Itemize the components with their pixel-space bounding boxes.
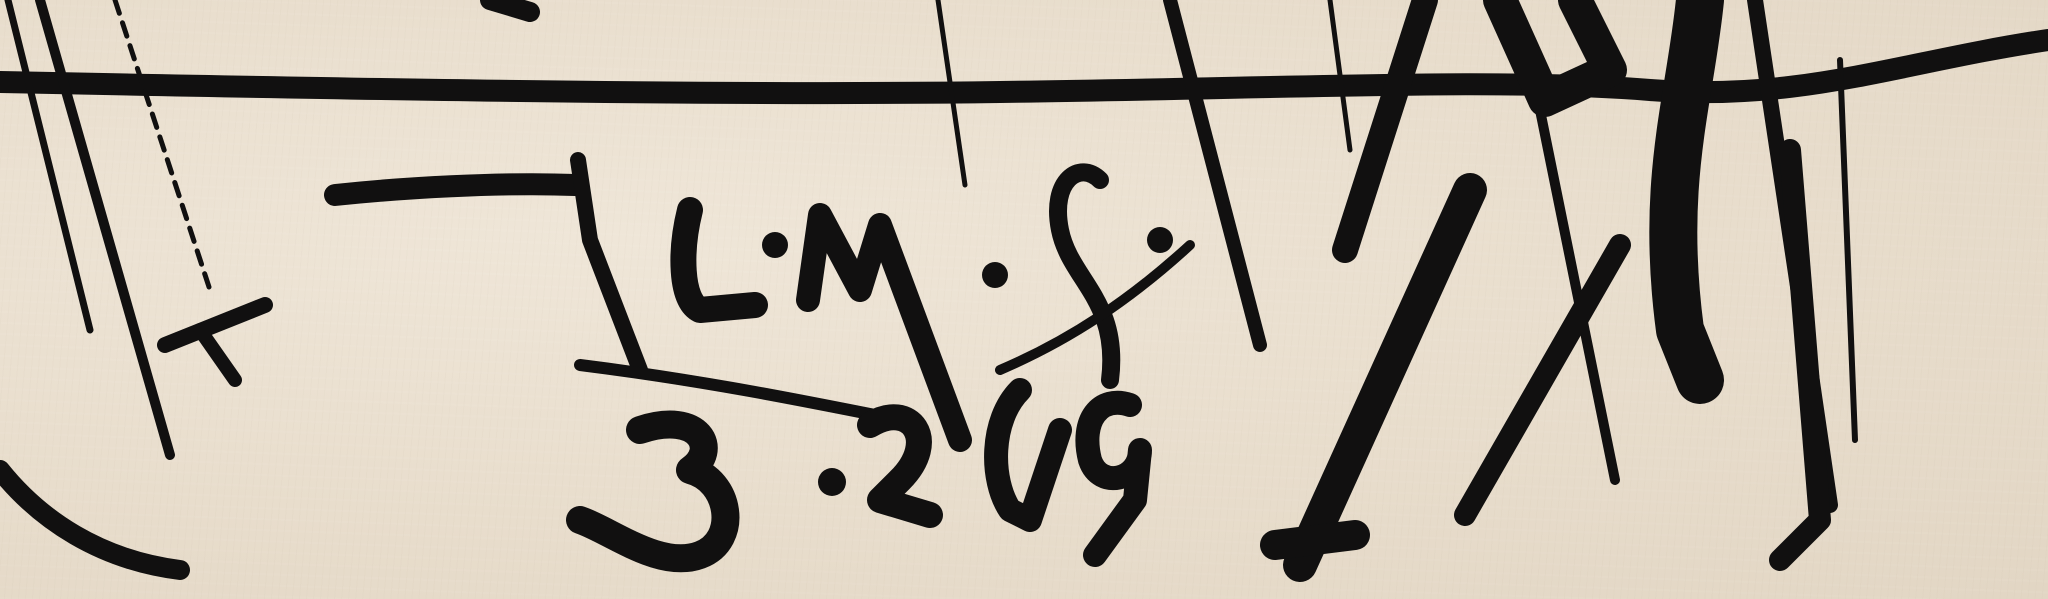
signature-lead-hook [578, 160, 640, 370]
digit-2 [870, 417, 930, 515]
letter-S [1058, 172, 1111, 380]
letter-L [683, 210, 755, 310]
bottom-left-curve [0, 470, 180, 570]
dot-2 [982, 262, 1008, 288]
ink-strokes [0, 0, 2048, 599]
cross-mark-stroke-1 [165, 305, 265, 345]
dot-3 [1147, 227, 1173, 253]
right-stroke-9 [1840, 60, 1855, 440]
right-stroke-2 [1300, 190, 1470, 565]
top-blob [490, 0, 530, 12]
right-stroke-6 [1673, 0, 1700, 380]
dot-1 [762, 232, 788, 258]
ink-drawing-photo: L·M·S 3·2·49 [0, 0, 2048, 599]
right-stroke-1 [1345, 0, 1425, 250]
horizontal-rule-stroke [0, 40, 2048, 93]
right-stroke-8 [1780, 150, 1820, 560]
dot-4 [818, 468, 846, 496]
digit-4 [996, 390, 1060, 520]
digit-3 [580, 425, 725, 559]
left-dotted-stroke [115, 0, 210, 290]
mid-diagonal-stroke [1170, 0, 1260, 345]
cross-mark-stroke-2 [200, 330, 235, 380]
signature-lead-stroke [335, 184, 575, 195]
right-stroke-foot [1275, 535, 1355, 545]
date-crossing-stroke [580, 365, 900, 420]
left-diagonal-stroke-2 [40, 0, 170, 455]
digit-9 [1087, 403, 1140, 555]
